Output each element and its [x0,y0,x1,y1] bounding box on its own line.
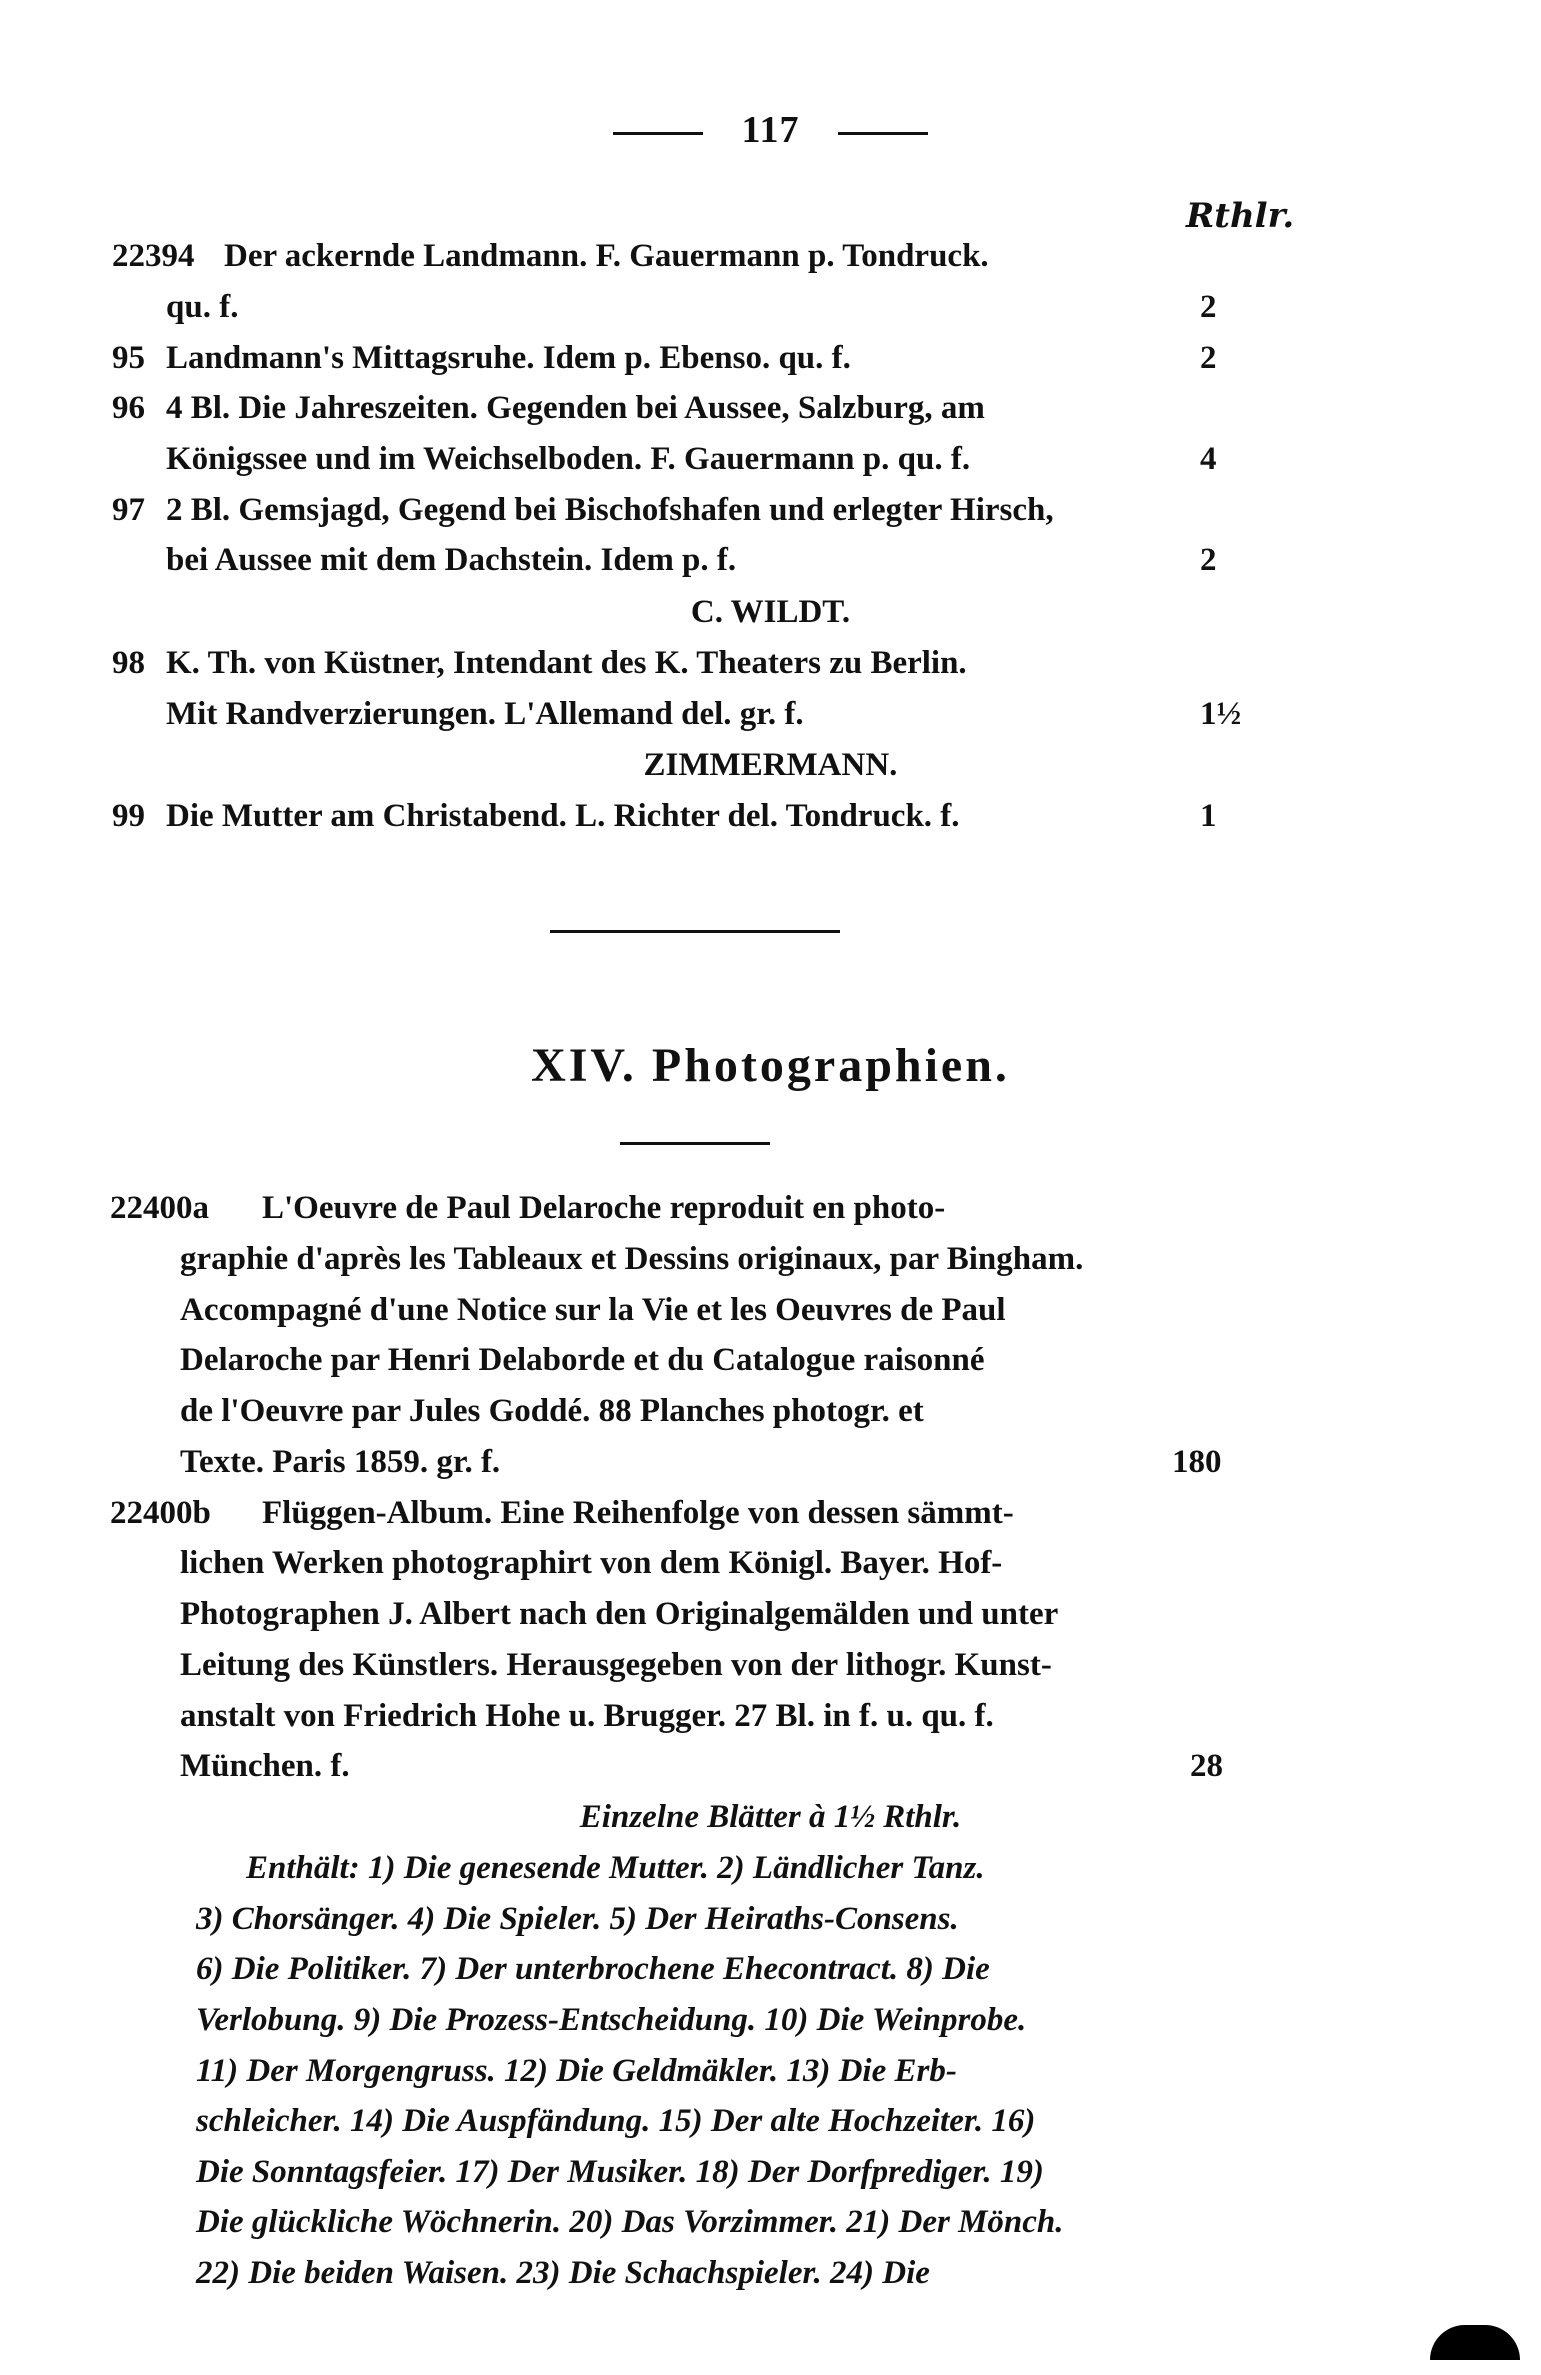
entry-text: Leitung des Künstlers. Herausgegeben von… [180,1643,1052,1687]
entry-price: 1 [1200,794,1217,838]
entry-price: 2 [1200,285,1217,329]
entry-text: Delaroche par Henri Delaborde et du Cata… [180,1338,984,1382]
entry-price: 1½ [1200,692,1241,736]
entry-text: Flüggen-Album. Eine Reihenfolge von dess… [262,1491,1014,1535]
page-header: 117 [0,108,1541,152]
entry-text: qu. f. [166,285,238,329]
entry-text: 4 Bl. Die Jahreszeiten. Gegenden bei Aus… [166,386,985,430]
artist-heading-zimmermann: ZIMMERMANN. [0,743,1541,787]
entry-price: 4 [1200,437,1217,481]
entry-number: 22394 [112,234,195,278]
entry-text: lichen Werken photographirt von dem Köni… [180,1541,1002,1585]
entry-number: 99 [112,794,145,838]
catalog-page: 117 Rthlr. 22394 Der ackernde Landmann. … [0,0,1541,2375]
entry-text: 2 Bl. Gemsjagd, Gegend bei Bischofshafen… [166,488,1054,532]
entry-number: 22400a [110,1186,209,1230]
artist-heading-wildt: C. WILDT. [0,590,1541,634]
entry-number: 98 [112,641,145,685]
entry-text: anstalt von Friedrich Hohe u. Brugger. 2… [180,1694,994,1738]
entry-text: de l'Oeuvre par Jules Goddé. 88 Planches… [180,1389,924,1433]
section-divider-bottom [620,1142,770,1145]
entry-text: Der ackernde Landmann. F. Gauermann p. T… [224,234,989,278]
entry-text: Accompagné d'une Notice sur la Vie et le… [180,1288,1006,1332]
entry-number: 22400b [110,1491,211,1535]
currency-column-heading: Rthlr. [1186,196,1294,236]
header-rule-right [838,132,928,135]
section-divider-top [550,930,840,933]
entry-number: 97 [112,488,145,532]
entry-text: Photographen J. Albert nach den Original… [180,1592,1058,1636]
entry-text: Texte. Paris 1859. gr. f. [180,1440,500,1484]
entry-text: Mit Randverzierungen. L'Allemand del. gr… [166,692,804,736]
entry-price: 180 [1172,1440,1222,1484]
entry-text: bei Aussee mit dem Dachstein. Idem p. f. [166,538,736,582]
entry-text: graphie d'après les Tableaux et Dessins … [180,1237,1083,1281]
scan-artifact [1430,2325,1520,2360]
entry-text: Die Mutter am Christabend. L. Richter de… [166,794,960,838]
entry-price: 2 [1200,538,1217,582]
entry-text: München. f. [180,1744,350,1788]
entry-price: 2 [1200,336,1217,380]
entry-text: Landmann's Mittagsruhe. Idem p. Ebenso. … [166,336,851,380]
entry-text: L'Oeuvre de Paul Delaroche reproduit en … [262,1186,945,1230]
entry-number: 96 [112,386,145,430]
entry-price: 28 [1190,1744,1223,1788]
entry-number: 95 [112,336,145,380]
entry-text: K. Th. von Küstner, Intendant des K. The… [166,641,967,685]
page-number: 117 [742,109,800,151]
entry-text: Königssee und im Weichselboden. F. Gauer… [166,437,970,481]
single-sheets-note: Einzelne Blätter à 1½ Rthlr. [0,1795,1541,1839]
section-title: XIV. Photographien. [0,1038,1541,1093]
header-rule-left [613,132,703,135]
